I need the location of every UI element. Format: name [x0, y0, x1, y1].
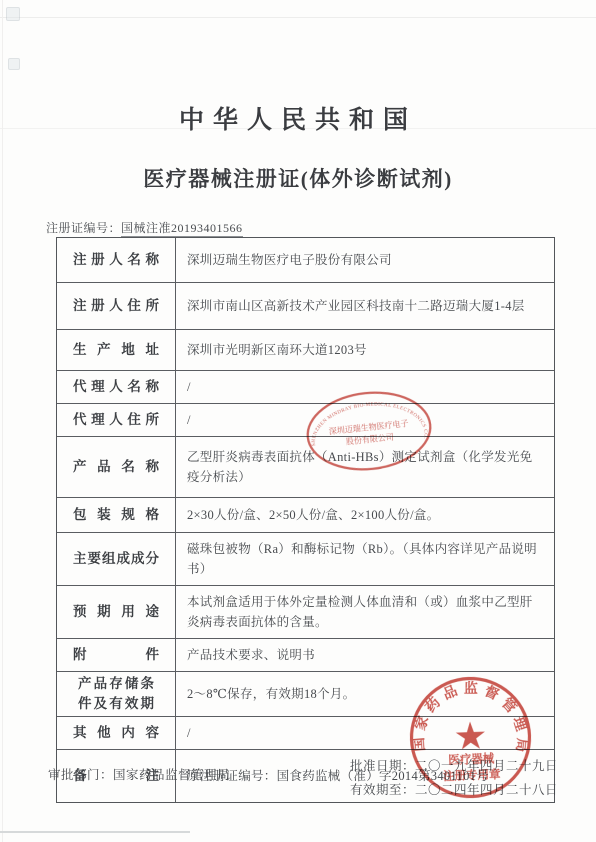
- scan-artifact-line: [0, 831, 190, 833]
- field-label: 产品存储条件及有效期: [57, 674, 175, 713]
- field-label: 预期用途: [57, 602, 175, 622]
- scan-artifact-mark: [8, 58, 20, 70]
- field-value: 深圳市南山区高新技术产业园区科技南十二路迈瑞大厦1-4层: [176, 283, 554, 329]
- field-row-registrant-address: 注册人住所 深圳市南山区高新技术产业园区科技南十二路迈瑞大厦1-4层: [57, 282, 554, 329]
- field-value: 磁珠包被物（Ra）和酶标记物（Rb）。（具体内容详见产品说明书）: [176, 533, 554, 585]
- approval-department-value: 国家药品监督管理局: [113, 768, 230, 782]
- field-label: 主要组成成分: [57, 549, 175, 569]
- valid-until-label: 有效期至：: [350, 783, 415, 797]
- field-row-attachments: 附件 产品技术要求、说明书: [57, 638, 554, 671]
- scan-artifact-mark: [6, 7, 20, 21]
- field-value: 深圳市光明新区南环大道1203号: [176, 330, 554, 370]
- scan-artifact-line: [0, 17, 596, 18]
- field-row-production-address: 生产地址 深圳市光明新区南环大道1203号: [57, 329, 554, 370]
- registration-number-label: 注册证编号：: [46, 221, 121, 235]
- field-value: 产品技术要求、说明书: [176, 639, 554, 671]
- country-title: 中华人民共和国: [0, 100, 596, 136]
- field-value: 深圳迈瑞生物医疗电子股份有限公司: [176, 238, 554, 282]
- field-label: 注册人名称: [57, 250, 175, 270]
- field-value: 本试剂盒适用于体外定量检测人体血清和（或）血浆中乙型肝炎病毒表面抗体的含量。: [176, 586, 554, 638]
- field-label: 代理人名称: [57, 377, 175, 397]
- agency-seal-star-icon: ★: [453, 715, 489, 758]
- registration-number-value: 国械注准20193401566: [121, 221, 243, 237]
- certificate-title: 医疗器械注册证(体外诊断试剂): [0, 163, 596, 193]
- company-seal-stamp-icon: SHENZHEN MINDRAY BIO-MEDICAL ELECTRONICS…: [299, 383, 439, 478]
- approval-date-label: 批准日期：: [350, 759, 415, 773]
- field-label: 其他内容: [57, 723, 175, 743]
- field-value: 2×30人份/盒、2×50人份/盒、2×100人份/盒。: [176, 498, 554, 532]
- field-label: 产品名称: [57, 457, 175, 477]
- certificate-page: 中华人民共和国 医疗器械注册证(体外诊断试剂) 注册证编号：国械注准201934…: [0, 0, 596, 842]
- field-row-intended-use: 预期用途 本试剂盒适用于体外定量检测人体血清和（或）血浆中乙型肝炎病毒表面抗体的…: [57, 585, 554, 638]
- approval-department-label: 审批部门：: [48, 768, 113, 782]
- approval-department: 审批部门：国家药品监督管理局: [48, 765, 230, 783]
- company-seal-name-line2: 股份有限公司: [345, 431, 394, 446]
- field-label: 附件: [57, 645, 175, 665]
- field-row-packaging-spec: 包装规格 2×30人份/盒、2×50人份/盒、2×100人份/盒。: [57, 497, 554, 532]
- field-label: 代理人住所: [57, 410, 175, 430]
- company-seal-name-line1: 深圳迈瑞生物医疗电子: [328, 418, 409, 436]
- agency-seal-stamp-icon: 国家药品监督管理局 ★ 医疗器械 注册专用章: [406, 673, 535, 802]
- field-row-registrant-name: 注册人名称 深圳迈瑞生物医疗电子股份有限公司: [57, 238, 554, 282]
- field-label: 生产地址: [57, 340, 175, 360]
- registration-number: 注册证编号：国械注准20193401566: [46, 219, 243, 236]
- field-row-main-components: 主要组成成分 磁珠包被物（Ra）和酶标记物（Rb）。（具体内容详见产品说明书）: [57, 532, 554, 585]
- agency-seal-text-line2: 注册专用章: [443, 767, 501, 783]
- field-label: 包装规格: [57, 505, 175, 525]
- field-label: 注册人住所: [57, 296, 175, 316]
